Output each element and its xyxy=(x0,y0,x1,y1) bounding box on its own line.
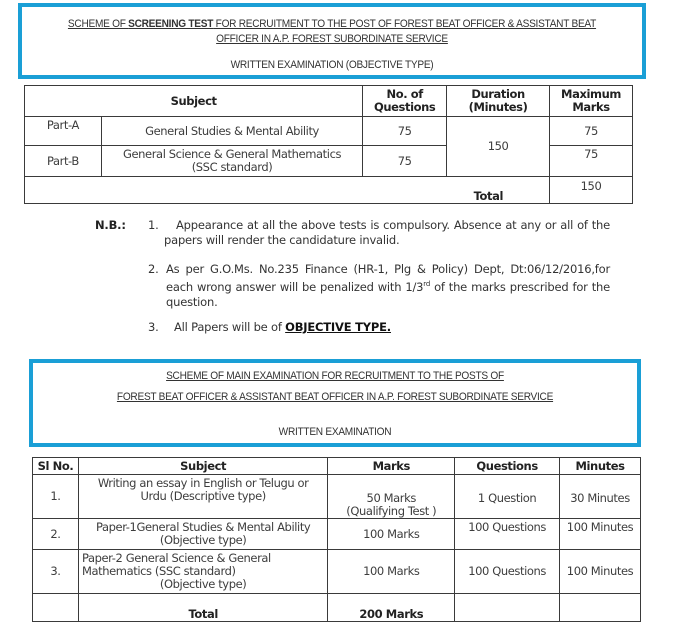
screening-subtitle: WRITTEN EXAMINATION (OBJECTIVE TYPE) xyxy=(47,59,617,71)
subject-note: (SSC standard) xyxy=(105,161,359,174)
notes-label: N.B.: xyxy=(95,218,126,233)
header-questions: No. of Questions xyxy=(363,86,447,117)
note-text: Appearance at all the above tests is com… xyxy=(164,218,610,247)
notes-section: N.B.: 1. Appearance at all the above tes… xyxy=(0,218,700,338)
note-text-2: As per G.O.Ms. No.235 Finance (HR-1, Plg… xyxy=(166,262,610,310)
screening-title-box: SCHEME OF SCREENING TEST FOR RECRUITMENT… xyxy=(18,3,646,79)
header-subject: Subject xyxy=(78,458,327,475)
screening-table: Subject No. of Questions Duration (Minut… xyxy=(24,85,633,204)
empty-cell xyxy=(33,594,79,622)
table-header-row: Subject No. of Questions Duration (Minut… xyxy=(25,86,633,117)
subject-cell: General Studies & Mental Ability xyxy=(101,117,362,146)
table-row: Part-A General Studies & Mental Ability … xyxy=(25,117,633,146)
duration-cell: 150 xyxy=(447,117,550,177)
screening-title-line1: SCHEME OF SCREENING TEST FOR RECRUITMENT… xyxy=(47,18,617,30)
subject-text: (Objective type) xyxy=(82,534,324,547)
note-text-1: Appearance at all the above tests is com… xyxy=(164,218,610,248)
main-title-box: SCHEME OF MAIN EXAMINATION FOR RECRUITME… xyxy=(29,359,641,447)
marks-cell: 75 xyxy=(550,146,633,177)
subject-text: Urdu (Descriptive type) xyxy=(82,490,324,503)
table-header-row: Sl No. Subject Marks Questions Minutes xyxy=(33,458,641,475)
screening-title-line2: OFFICER IN A.P. FOREST SUBORDINATE SERVI… xyxy=(47,33,617,45)
table-row: 3. Paper-2 General Science & General Mat… xyxy=(33,550,641,594)
subject-cell: General Science & General Mathematics (S… xyxy=(101,146,362,177)
header-subject: Subject xyxy=(25,86,363,117)
header-duration: Duration (Minutes) xyxy=(447,86,550,117)
title-text: FOR RECRUITMENT TO THE POST OF FOREST BE… xyxy=(213,18,596,30)
sl-cell: 2. xyxy=(33,519,79,550)
note-text-3: All Papers will be of OBJECTIVE TYPE. xyxy=(174,320,574,335)
note-number: 3. xyxy=(148,320,159,335)
questions-cell: 100 Questions xyxy=(455,519,560,550)
subject-cell: Paper-1General Studies & Mental Ability … xyxy=(78,519,327,550)
minutes-cell: 30 Minutes xyxy=(560,475,641,519)
part-cell: Part-B xyxy=(25,146,102,177)
subject-cell: Writing an essay in English or Telugu or… xyxy=(78,475,327,519)
main-title-line2: FOREST BEAT OFFICER & ASSISTANT BEAT OFF… xyxy=(57,391,613,403)
subject-cell: Paper-2 General Science & General Mathem… xyxy=(78,550,327,594)
table-total-row: Total 200 Marks xyxy=(33,594,641,622)
header-sl-no: Sl No. xyxy=(33,458,79,475)
table-row: 1. Writing an essay in English or Telugu… xyxy=(33,475,641,519)
total-marks: 200 Marks xyxy=(328,594,455,622)
main-subtitle: WRITTEN EXAMINATION xyxy=(57,426,613,438)
note-text: All Papers will be of xyxy=(174,320,285,334)
main-title-line1: SCHEME OF MAIN EXAMINATION FOR RECRUITME… xyxy=(57,370,613,382)
header-minutes: Minutes xyxy=(560,458,641,475)
note-bold-text: OBJECTIVE TYPE. xyxy=(285,320,391,334)
empty-cell xyxy=(455,594,560,622)
table-total-row: Total 150 xyxy=(25,177,633,204)
total-label: Total xyxy=(25,177,550,204)
minutes-cell: 100 Minutes xyxy=(560,519,641,550)
note-number: 2. xyxy=(148,262,159,277)
header-questions: Questions xyxy=(455,458,560,475)
part-cell: Part-A xyxy=(25,117,102,146)
total-marks: 150 xyxy=(550,177,633,204)
questions-cell: 75 xyxy=(363,117,447,146)
marks-cell: 100 Marks xyxy=(328,550,455,594)
title-bold-text: SCREENING TEST xyxy=(128,18,213,30)
questions-cell: 1 Question xyxy=(455,475,560,519)
subject-text: (Objective type) xyxy=(82,578,324,591)
marks-cell: 50 Marks (Qualifying Test ) xyxy=(328,475,455,519)
header-marks: Marks xyxy=(328,458,455,475)
questions-cell: 100 Questions xyxy=(455,550,560,594)
sl-cell: 3. xyxy=(33,550,79,594)
marks-cell: 100 Marks xyxy=(328,519,455,550)
header-marks: Maximum Marks xyxy=(550,86,633,117)
table-row: 2. Paper-1General Studies & Mental Abili… xyxy=(33,519,641,550)
questions-cell: 75 xyxy=(363,146,447,177)
marks-note: (Qualifying Test ) xyxy=(331,505,451,518)
empty-cell xyxy=(560,594,641,622)
note-number: 1. xyxy=(148,218,159,233)
sl-cell: 1. xyxy=(33,475,79,519)
minutes-cell: 100 Minutes xyxy=(560,550,641,594)
marks-cell: 75 xyxy=(550,117,633,146)
title-text: SCHEME OF xyxy=(68,18,128,30)
main-table: Sl No. Subject Marks Questions Minutes 1… xyxy=(32,457,641,622)
total-label: Total xyxy=(78,594,327,622)
